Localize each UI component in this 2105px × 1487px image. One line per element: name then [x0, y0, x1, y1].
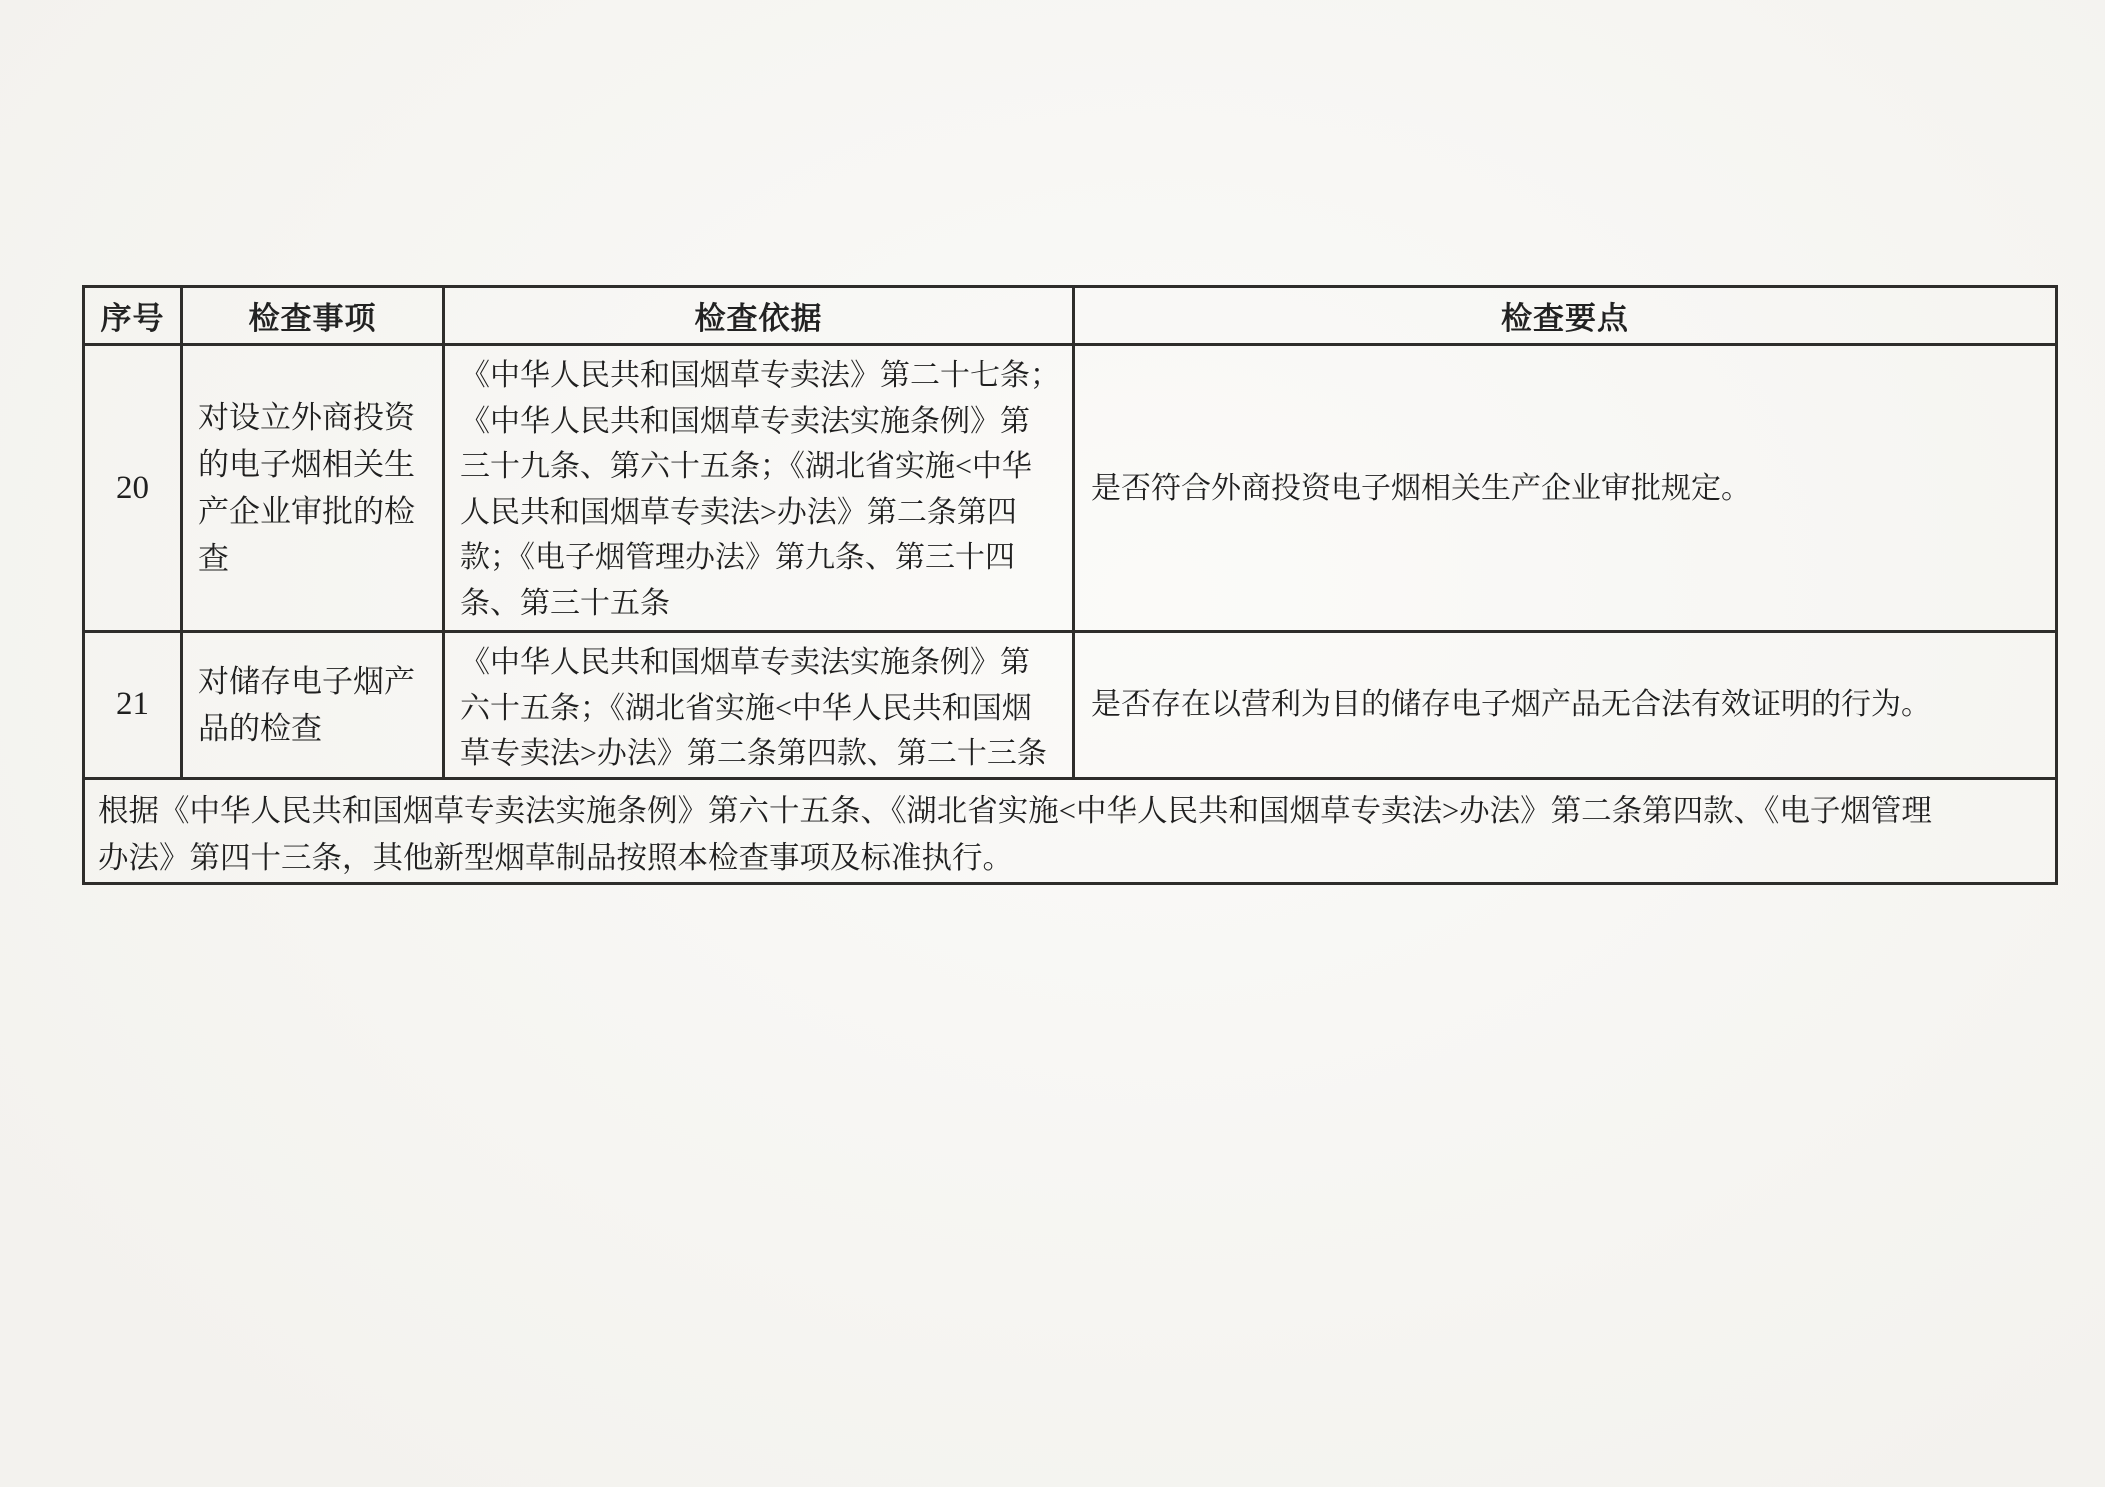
inspection-table: 序号 检查事项 检查依据 检查要点 20 对设立外商投资 的电子烟相关生 产企业…: [82, 285, 2058, 885]
row-21-serial-number: 21: [84, 632, 182, 779]
column-header-inspection-points: 检查要点: [1074, 287, 2057, 345]
column-header-inspection-basis: 检查依据: [444, 287, 1074, 345]
row-21-inspection-basis: 《中华人民共和国烟草专卖法实施条例》第 六十五条；《湖北省实施<中华人民共和国烟…: [444, 632, 1074, 779]
table-footnote-row: 根据《中华人民共和国烟草专卖法实施条例》第六十五条、《湖北省实施<中华人民共和国…: [84, 778, 2057, 883]
table-row-21: 21 对储存电子烟产 品的检查 《中华人民共和国烟草专卖法实施条例》第 六十五条…: [84, 632, 2057, 779]
row-20-inspection-basis: 《中华人民共和国烟草专卖法》第二十七条； 《中华人民共和国烟草专卖法实施条例》第…: [444, 345, 1074, 632]
row-20-inspection-item: 对设立外商投资 的电子烟相关生 产企业审批的检 查: [182, 345, 444, 632]
table-footnote: 根据《中华人民共和国烟草专卖法实施条例》第六十五条、《湖北省实施<中华人民共和国…: [84, 778, 2057, 883]
scanned-document-page: 序号 检查事项 检查依据 检查要点 20 对设立外商投资 的电子烟相关生 产企业…: [0, 0, 2105, 1487]
table-row-20: 20 对设立外商投资 的电子烟相关生 产企业审批的检 查 《中华人民共和国烟草专…: [84, 345, 2057, 632]
row-20-serial-number: 20: [84, 345, 182, 632]
table-header-row: 序号 检查事项 检查依据 检查要点: [84, 287, 2057, 345]
row-21-inspection-points: 是否存在以营利为目的储存电子烟产品无合法有效证明的行为。: [1074, 632, 2057, 779]
column-header-serial-number: 序号: [84, 287, 182, 345]
row-20-inspection-points: 是否符合外商投资电子烟相关生产企业审批规定。: [1074, 345, 2057, 632]
row-21-inspection-item: 对储存电子烟产 品的检查: [182, 632, 444, 779]
column-header-inspection-item: 检查事项: [182, 287, 444, 345]
